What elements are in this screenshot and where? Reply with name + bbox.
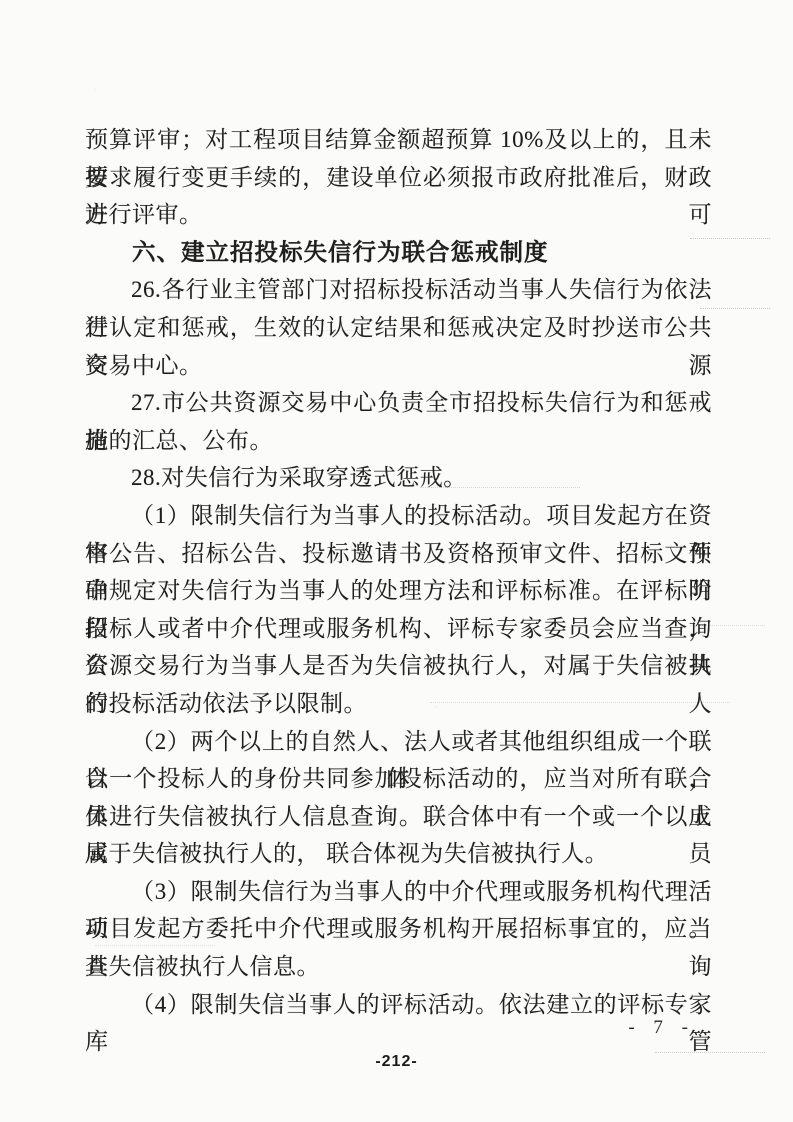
text-line: 预算评审；对工程项目结算金额超预算 10%及以上的，且未按 [85,121,712,159]
text-line: 员进行失信被执行人信息查询。联合体中有一个或一个以上成员 [85,798,712,836]
text-line: 26.各行业主管部门对招标投标活动当事人失信行为依法进 [85,271,712,309]
document-body: 预算评审；对工程项目结算金额超预算 10%及以上的，且未按要求履行变更手续的，建… [85,121,712,1023]
text-line: 招标人或者中介代理或服务机构、评标专家委员会应当查询公共 [85,610,712,648]
text-line: 项目发起方委托中介代理或服务机构开展招标事宜的，应当查询 [85,910,712,948]
text-line: （4）限制失信当事人的评标活动。依法建立的评标专家库管 [85,986,712,1024]
text-line: （3）限制失信行为当事人的中介代理或服务机构代理活动。 [85,873,712,911]
scan-noise [95,945,215,946]
text-line: 审公告、招标公告、投标邀请书及资格预审文件、招标文件中明 [85,535,712,573]
scan-noise [655,1052,765,1053]
text-line: 施的汇总、公布。 [85,422,712,460]
page-number-bottom: -212- [0,1053,793,1071]
text-line: 要求履行变更手续的，建设单位必须报市政府批准后，财政方可 [85,159,712,197]
scan-noise [300,330,360,331]
text-line: 27.市公共资源交易中心负责全市招投标失信行为和惩戒措 [85,384,712,422]
scanned-document-page: 预算评审；对工程项目结算金额超预算 10%及以上的，且未按要求履行变更手续的，建… [0,0,793,1122]
scan-noise [690,238,770,239]
text-line: 行认定和惩戒，生效的认定结果和惩戒决定及时抄送市公共资源 [85,309,712,347]
text-line: 确规定对失信行为当事人的处理方法和评标标准。在评标阶段， [85,572,712,610]
text-line: 以一个投标人的身份共同参加投标活动的，应当对所有联合体成 [85,760,712,798]
scan-noise [700,308,770,309]
page-number-right: - 7 - [628,1017,695,1039]
scan-noise [430,702,730,703]
scan-noise [420,487,580,488]
text-line: （1）限制失信行为当事人的投标活动。项目发起方在资格预 [85,497,712,535]
text-line: 资源交易行为当事人是否为失信被执行人，对属于失信被执行人 [85,647,712,685]
text-line: （2）两个以上的自然人、法人或者其他组织组成一个联合体， [85,723,712,761]
scan-noise [690,625,765,626]
text-line: 28.对失信行为采取穿透式惩戒。 [85,459,712,497]
section-heading: 六、建立招投标失信行为联合惩戒制度 [85,234,712,272]
